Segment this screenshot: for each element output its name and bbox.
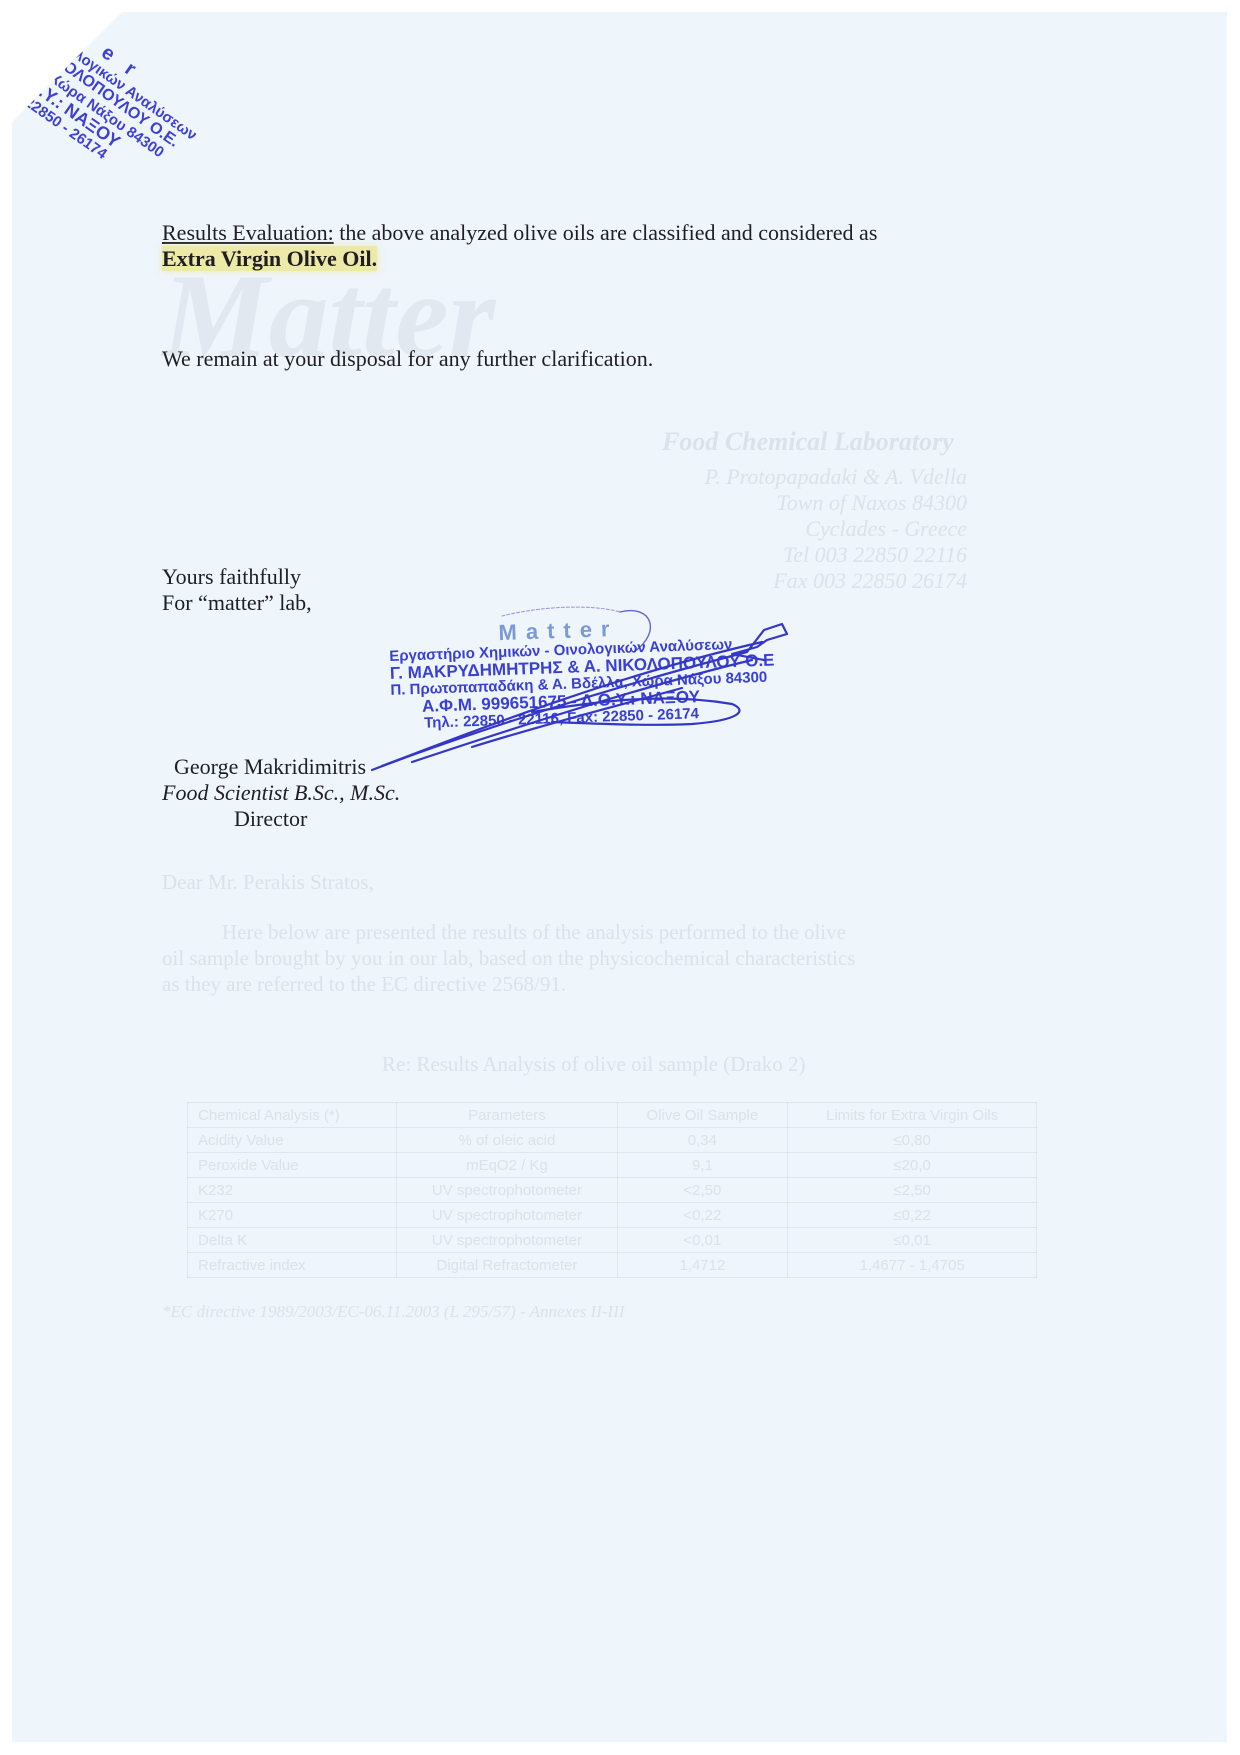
bleed-address-line: P. Protopapadaki & A. Vdella (705, 464, 967, 490)
bleed-cell: ≤0,01 (788, 1228, 1037, 1253)
bleed-body-line: Here below are presented the results of … (222, 920, 846, 945)
bleed-cell: Refractive index (188, 1253, 397, 1278)
bleed-cell: 9,1 (617, 1153, 788, 1178)
evaluation-text: the above analyzed olive oils are classi… (334, 220, 878, 245)
evaluation-label: Results Evaluation: (162, 220, 334, 245)
bleed-cell: <0,01 (617, 1228, 788, 1253)
classification-line: Extra Virgin Olive Oil. (162, 246, 377, 272)
bleed-table-header: Parameters (397, 1103, 617, 1128)
bleed-body-line: as they are referred to the EC directive… (162, 972, 566, 997)
bleed-address-line: Fax 003 22850 26174 (773, 568, 967, 594)
bleed-table-header: Limits for Extra Virgin Oils (788, 1103, 1037, 1128)
bleed-table-header: Olive Oil Sample (617, 1103, 788, 1128)
bleed-cell: UV spectrophotometer (397, 1178, 617, 1203)
bleed-cell: 1,4712 (617, 1253, 788, 1278)
bleed-cell: Acidity Value (188, 1128, 397, 1153)
bleed-table-row: Delta K UV spectrophotometer <0,01 ≤0,01 (188, 1228, 1037, 1253)
bleed-table-row: K232 UV spectrophotometer <2,50 ≤2,50 (188, 1178, 1037, 1203)
bleed-cell: Peroxide Value (188, 1153, 397, 1178)
bleed-cell: UV spectrophotometer (397, 1203, 617, 1228)
bleed-cell: K270 (188, 1203, 397, 1228)
bleed-table-row: Acidity Value % of oleic acid 0,34 ≤0,80 (188, 1128, 1037, 1153)
bleed-table-row: K270 UV spectrophotometer <0,22 ≤0,22 (188, 1203, 1037, 1228)
bleed-cell: UV spectrophotometer (397, 1228, 617, 1253)
bleed-table-header: Chemical Analysis (*) (188, 1103, 397, 1128)
bleed-table-title: Re: Results Analysis of olive oil sample… (382, 1052, 805, 1077)
for-lab-line: For “matter” lab, (162, 590, 312, 616)
bleed-footnote: *EC directive 1989/2003/EC-06.11.2003 (L… (162, 1302, 625, 1322)
bleed-greeting: Dear Mr. Perakis Stratos, (162, 870, 374, 895)
bleed-cell: Delta K (188, 1228, 397, 1253)
bleed-address-line: Tel 003 22850 22116 (783, 542, 967, 568)
bleed-cell: mEqO2 / Kg (397, 1153, 617, 1178)
bleed-cell: % of oleic acid (397, 1128, 617, 1153)
bleed-cell: 1,4677 - 1,4705 (788, 1253, 1037, 1278)
bleed-cell: 0,34 (617, 1128, 788, 1153)
bleed-lab-name: Food Chemical Laboratory (662, 427, 954, 457)
signer-role: Director (234, 806, 307, 832)
bleed-address-line: Town of Naxos 84300 (776, 490, 967, 516)
bleed-cell: ≤2,50 (788, 1178, 1037, 1203)
bleed-cell: <0,22 (617, 1203, 788, 1228)
bleed-cell: ≤0,80 (788, 1128, 1037, 1153)
bleed-body-line: oil sample brought by you in our lab, ba… (162, 946, 855, 971)
handwritten-signature (352, 592, 832, 792)
scanned-page: Matter Food Chemical Laboratory P. Proto… (12, 12, 1227, 1742)
closing-line: Yours faithfully (162, 564, 301, 590)
bleed-cell: ≤0,22 (788, 1203, 1037, 1228)
signer-name: George Makridimitris (174, 754, 366, 780)
bleed-cell: ≤20,0 (788, 1153, 1037, 1178)
bleed-cell: <2,50 (617, 1178, 788, 1203)
disposal-line: We remain at your disposal for any furth… (162, 346, 653, 372)
folded-corner (12, 12, 122, 122)
classification-highlight: Extra Virgin Olive Oil. (162, 246, 377, 271)
bleed-results-table: Chemical Analysis (*) Parameters Olive O… (187, 1102, 1037, 1278)
bleed-address-line: Cyclades - Greece (805, 516, 967, 542)
bleed-table-row: Refractive index Digital Refractometer 1… (188, 1253, 1037, 1278)
evaluation-line: Results Evaluation: the above analyzed o… (162, 220, 877, 246)
bleed-cell: K232 (188, 1178, 397, 1203)
bleed-cell: Digital Refractometer (397, 1253, 617, 1278)
bleed-table-row: Peroxide Value mEqO2 / Kg 9,1 ≤20,0 (188, 1153, 1037, 1178)
